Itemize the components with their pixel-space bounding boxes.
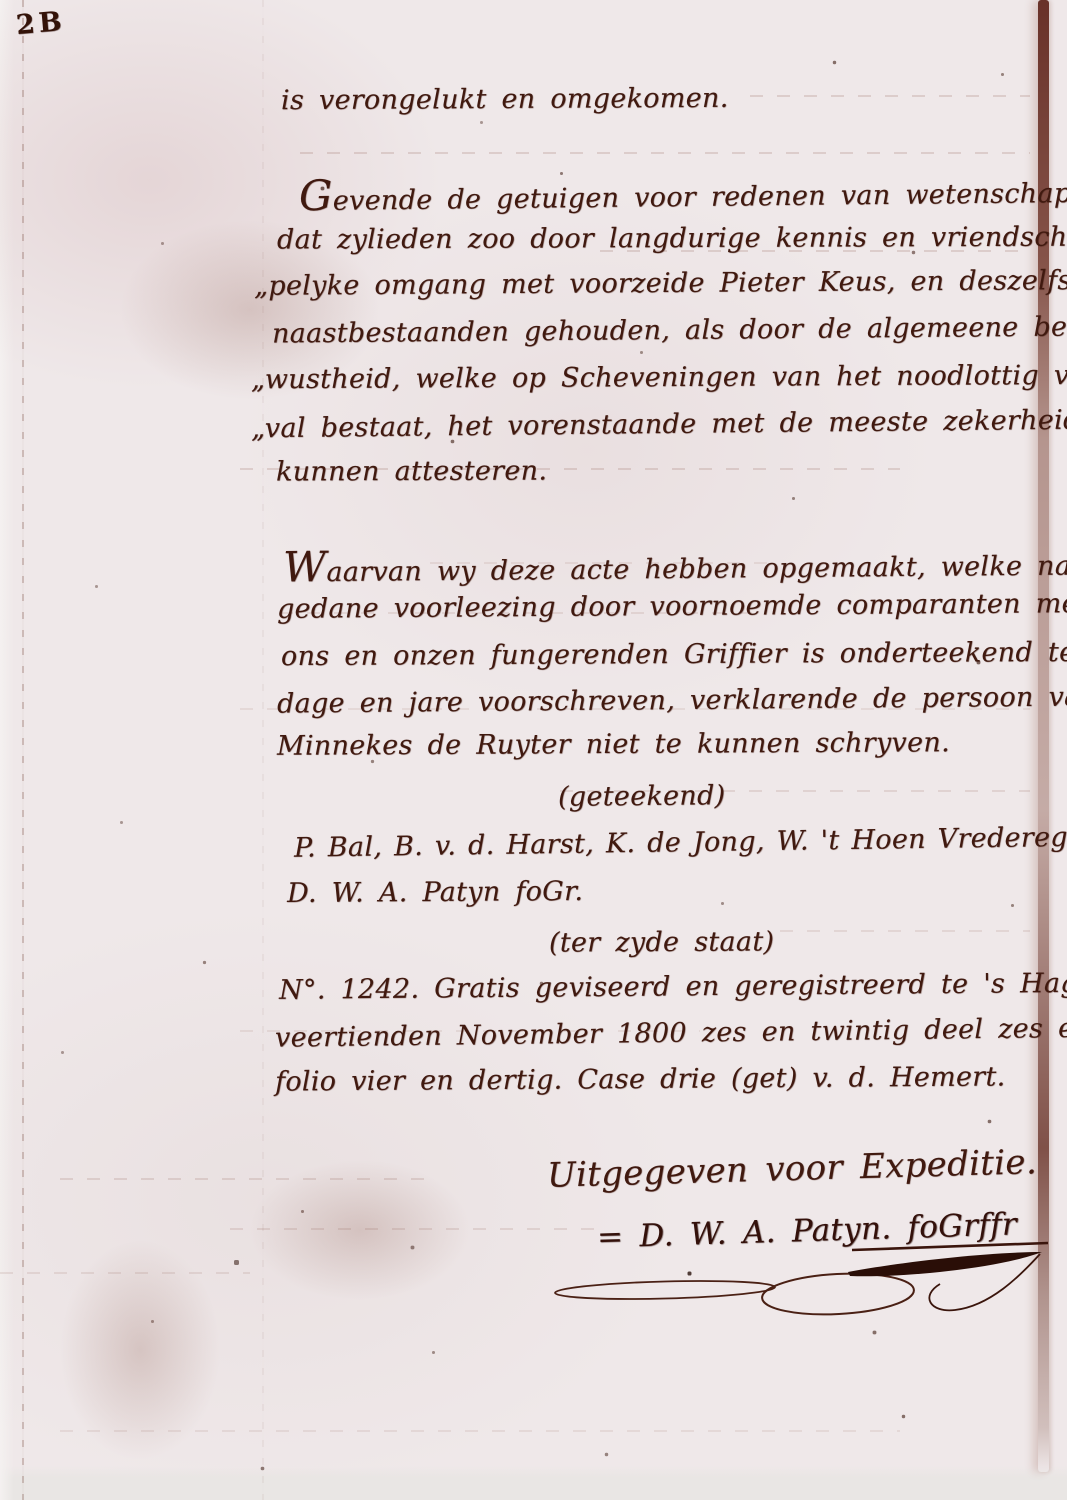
registration-line-2: veertienden November 1800 zes en twintig… — [275, 1011, 1067, 1053]
issuance-line: Uitgegeven voor Expeditie. — [547, 1143, 1038, 1196]
bleed-line — [750, 95, 1030, 97]
paper-specks — [0, 0, 1, 1]
registration-line-1: N°. 1242. Gratis geviseerd en geregistre… — [279, 967, 1067, 1006]
bleed-line — [0, 1272, 250, 1274]
bleed-line — [780, 930, 1030, 932]
page-number-annotation: 2B — [15, 6, 67, 41]
text-line-witness-5: „wustheid, welke op Scheveningen van het… — [251, 360, 1067, 396]
text-line-closing-1: Waarvan wy deze acte hebben opgemaakt, w… — [283, 537, 1067, 592]
bleed-line — [230, 1228, 600, 1230]
left-fold-crease — [22, 0, 24, 1500]
text-line-opening: is verongelukt en omgekomen. — [281, 83, 729, 116]
text-line-witness-1: Gevende de getuigen voor redenen van wet… — [299, 164, 1067, 220]
text-line-witness-6: „val bestaat, het vorenstaande met de me… — [251, 405, 1067, 445]
signatories-line-2: D. W. A. Patyn foGr. — [287, 876, 583, 909]
text-line-closing-4: dage en jare voorschreven, verklarende d… — [277, 681, 1067, 719]
bleed-line — [60, 1430, 900, 1432]
bleed-line — [60, 1178, 430, 1180]
text-line-witness-2: dat zylieden zoo door langdurige kennis … — [277, 222, 1067, 256]
signature-flourish — [400, 1236, 1060, 1336]
text-line-closing-5: Minnekes de Ruyter niet te kunnen schryv… — [277, 727, 950, 762]
text-line-witness-4: naastbestaanden gehouden, als door de al… — [272, 311, 1067, 349]
bleed-line — [300, 152, 1030, 154]
text-line-witness-3: „pelyke omgang met voorzeide Pieter Keus… — [254, 265, 1067, 302]
signatories-line-1: P. Bal, B. v. d. Harst, K. de Jong, W. '… — [294, 821, 1067, 863]
manuscript-page-scan: 2B is verongelukt en omgekomen. Gevende … — [0, 0, 1067, 1500]
text-line-closing-3: ons en onzen fungerenden Griffier is ond… — [281, 637, 1067, 672]
text-line-closing-2: gedane voorleezing door voornoemde compa… — [277, 588, 1067, 625]
text-line-witness-7: kunnen attesteren. — [276, 456, 547, 488]
registration-line-3: folio vier en dertig. Case drie (get) v.… — [275, 1061, 1006, 1097]
margin-note-label: (ter zyde staat) — [549, 926, 774, 958]
signed-label: (geteekend) — [558, 780, 726, 813]
